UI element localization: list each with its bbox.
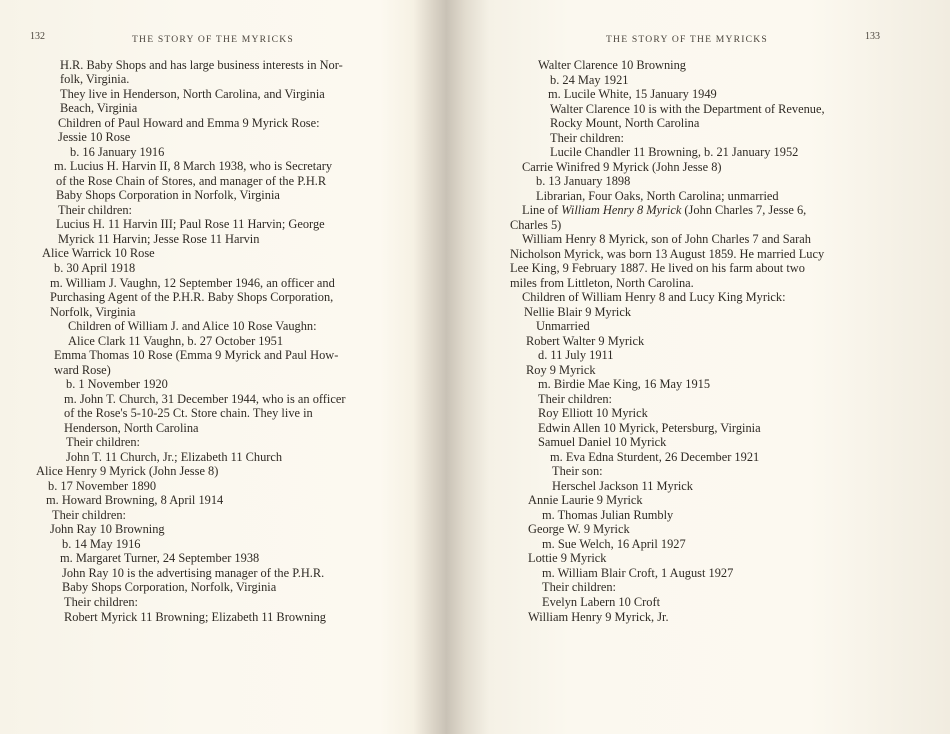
text-line: They live in Henderson, North Carolina, … — [60, 87, 325, 102]
text-line: Evelyn Labern 10 Croft — [542, 595, 660, 610]
text-line: b. 16 January 1916 — [70, 145, 164, 160]
text-line: Their son: — [552, 464, 603, 479]
text-line: b. 30 April 1918 — [54, 261, 135, 276]
text-line: Samuel Daniel 10 Myrick — [538, 435, 666, 450]
book-spread: 132 THE STORY OF THE MYRICKS H.R. Baby S… — [0, 0, 950, 734]
text-line: Children of Paul Howard and Emma 9 Myric… — [58, 116, 320, 131]
text-line: Alice Warrick 10 Rose — [42, 246, 155, 261]
text-line: m. Sue Welch, 16 April 1927 — [542, 537, 686, 552]
text-line: Rocky Mount, North Carolina — [550, 116, 699, 131]
right-page: THE STORY OF THE MYRICKS 133 Walter Clar… — [470, 0, 950, 734]
text-line: m. John T. Church, 31 December 1944, who… — [64, 392, 345, 407]
text-line: of the Rose Chain of Stores, and manager… — [56, 174, 326, 189]
text-line: John T. 11 Church, Jr.; Elizabeth 11 Chu… — [66, 450, 282, 465]
text-line: Children of William J. and Alice 10 Rose… — [68, 319, 317, 334]
text-line: m. William Blair Croft, 1 August 1927 — [542, 566, 733, 581]
left-page: 132 THE STORY OF THE MYRICKS H.R. Baby S… — [0, 0, 440, 734]
text-line: Children of William Henry 8 and Lucy Kin… — [522, 290, 786, 305]
text-line: Baby Shops Corporation, Norfolk, Virgini… — [62, 580, 276, 595]
text-line: m. Eva Edna Sturdent, 26 December 1921 — [550, 450, 759, 465]
text-line: Norfolk, Virginia — [50, 305, 136, 320]
text-line: Charles 5) — [510, 218, 561, 233]
text-line: b. 1 November 1920 — [66, 377, 168, 392]
text-line: Robert Walter 9 Myrick — [526, 334, 644, 349]
text-line: Line of William Henry 8 Myrick (John Cha… — [522, 203, 806, 218]
text-line: Emma Thomas 10 Rose (Emma 9 Myrick and P… — [54, 348, 338, 363]
text-line: m. Thomas Julian Rumbly — [542, 508, 673, 523]
text-line: Robert Myrick 11 Browning; Elizabeth 11 … — [64, 610, 326, 625]
text-segment: (John Charles 7, Jesse 6, — [681, 203, 806, 217]
text-line: John Ray 10 Browning — [50, 522, 165, 537]
text-line: m. William J. Vaughn, 12 September 1946,… — [50, 276, 335, 291]
text-line: d. 11 July 1911 — [538, 348, 614, 363]
page-number: 132 — [30, 31, 45, 42]
text-line: Unmarried — [536, 319, 590, 334]
text-line: Lucius H. 11 Harvin III; Paul Rose 11 Ha… — [56, 217, 325, 232]
text-line: Purchasing Agent of the P.H.R. Baby Shop… — [50, 290, 333, 305]
text-line: Alice Henry 9 Myrick (John Jesse 8) — [36, 464, 218, 479]
text-line: m. Lucius H. Harvin II, 8 March 1938, wh… — [54, 159, 332, 174]
text-line: Nicholson Myrick, was born 13 August 185… — [510, 247, 824, 262]
text-line: Librarian, Four Oaks, North Carolina; un… — [536, 189, 779, 204]
text-line: William Henry 8 Myrick, son of John Char… — [522, 232, 811, 247]
text-line: George W. 9 Myrick — [528, 522, 630, 537]
text-line: ward Rose) — [54, 363, 111, 378]
text-line: Annie Laurie 9 Myrick — [528, 493, 643, 508]
text-line: Walter Clarence 10 Browning — [538, 58, 686, 73]
page-number: 133 — [865, 31, 880, 42]
text-line: b. 24 May 1921 — [550, 73, 628, 88]
text-segment: Line of — [522, 203, 561, 217]
text-line: Lee King, 9 February 1887. He lived on h… — [510, 261, 805, 276]
text-line: m. Birdie Mae King, 16 May 1915 — [538, 377, 710, 392]
text-line: Their children: — [58, 203, 132, 218]
text-line: Nellie Blair 9 Myrick — [524, 305, 631, 320]
text-line: H.R. Baby Shops and has large business i… — [60, 58, 343, 73]
text-line: John Ray 10 is the advertising manager o… — [62, 566, 324, 581]
text-line: of the Rose's 5-10-25 Ct. Store chain. T… — [64, 406, 313, 421]
text-line: Lucile Chandler 11 Browning, b. 21 Janua… — [550, 145, 798, 160]
text-line: Their children: — [64, 595, 138, 610]
running-head: THE STORY OF THE MYRICKS — [132, 34, 294, 45]
text-line: m. Lucile White, 15 January 1949 — [548, 87, 717, 102]
text-line: Their children: — [550, 131, 624, 146]
text-line: miles from Littleton, North Carolina. — [510, 276, 694, 291]
text-line: Walter Clarence 10 is with the Departmen… — [550, 102, 825, 117]
text-line: Carrie Winifred 9 Myrick (John Jesse 8) — [522, 160, 722, 175]
text-line: folk, Virginia. — [60, 72, 129, 87]
text-line: Their children: — [542, 580, 616, 595]
text-line: b. 13 January 1898 — [536, 174, 630, 189]
text-line: Their children: — [66, 435, 140, 450]
text-line: Their children: — [52, 508, 126, 523]
text-line: Myrick 11 Harvin; Jesse Rose 11 Harvin — [58, 232, 259, 247]
italic-name: William Henry 8 Myrick — [561, 203, 681, 217]
text-line: Roy Elliott 10 Myrick — [538, 406, 648, 421]
text-line: b. 17 November 1890 — [48, 479, 156, 494]
text-line: Beach, Virginia — [60, 101, 137, 116]
text-line: Jessie 10 Rose — [58, 130, 130, 145]
text-line: Their children: — [538, 392, 612, 407]
text-line: Henderson, North Carolina — [64, 421, 199, 436]
text-line: Herschel Jackson 11 Myrick — [552, 479, 693, 494]
text-line: William Henry 9 Myrick, Jr. — [528, 610, 669, 625]
text-line: Edwin Allen 10 Myrick, Petersburg, Virgi… — [538, 421, 761, 436]
text-line: Roy 9 Myrick — [526, 363, 596, 378]
running-head: THE STORY OF THE MYRICKS — [606, 34, 768, 45]
text-line: m. Howard Browning, 8 April 1914 — [46, 493, 223, 508]
text-line: b. 14 May 1916 — [62, 537, 140, 552]
text-line: Baby Shops Corporation in Norfolk, Virgi… — [56, 188, 280, 203]
text-line: Lottie 9 Myrick — [528, 551, 606, 566]
text-line: m. Margaret Turner, 24 September 1938 — [60, 551, 259, 566]
text-line: Alice Clark 11 Vaughn, b. 27 October 195… — [68, 334, 283, 349]
